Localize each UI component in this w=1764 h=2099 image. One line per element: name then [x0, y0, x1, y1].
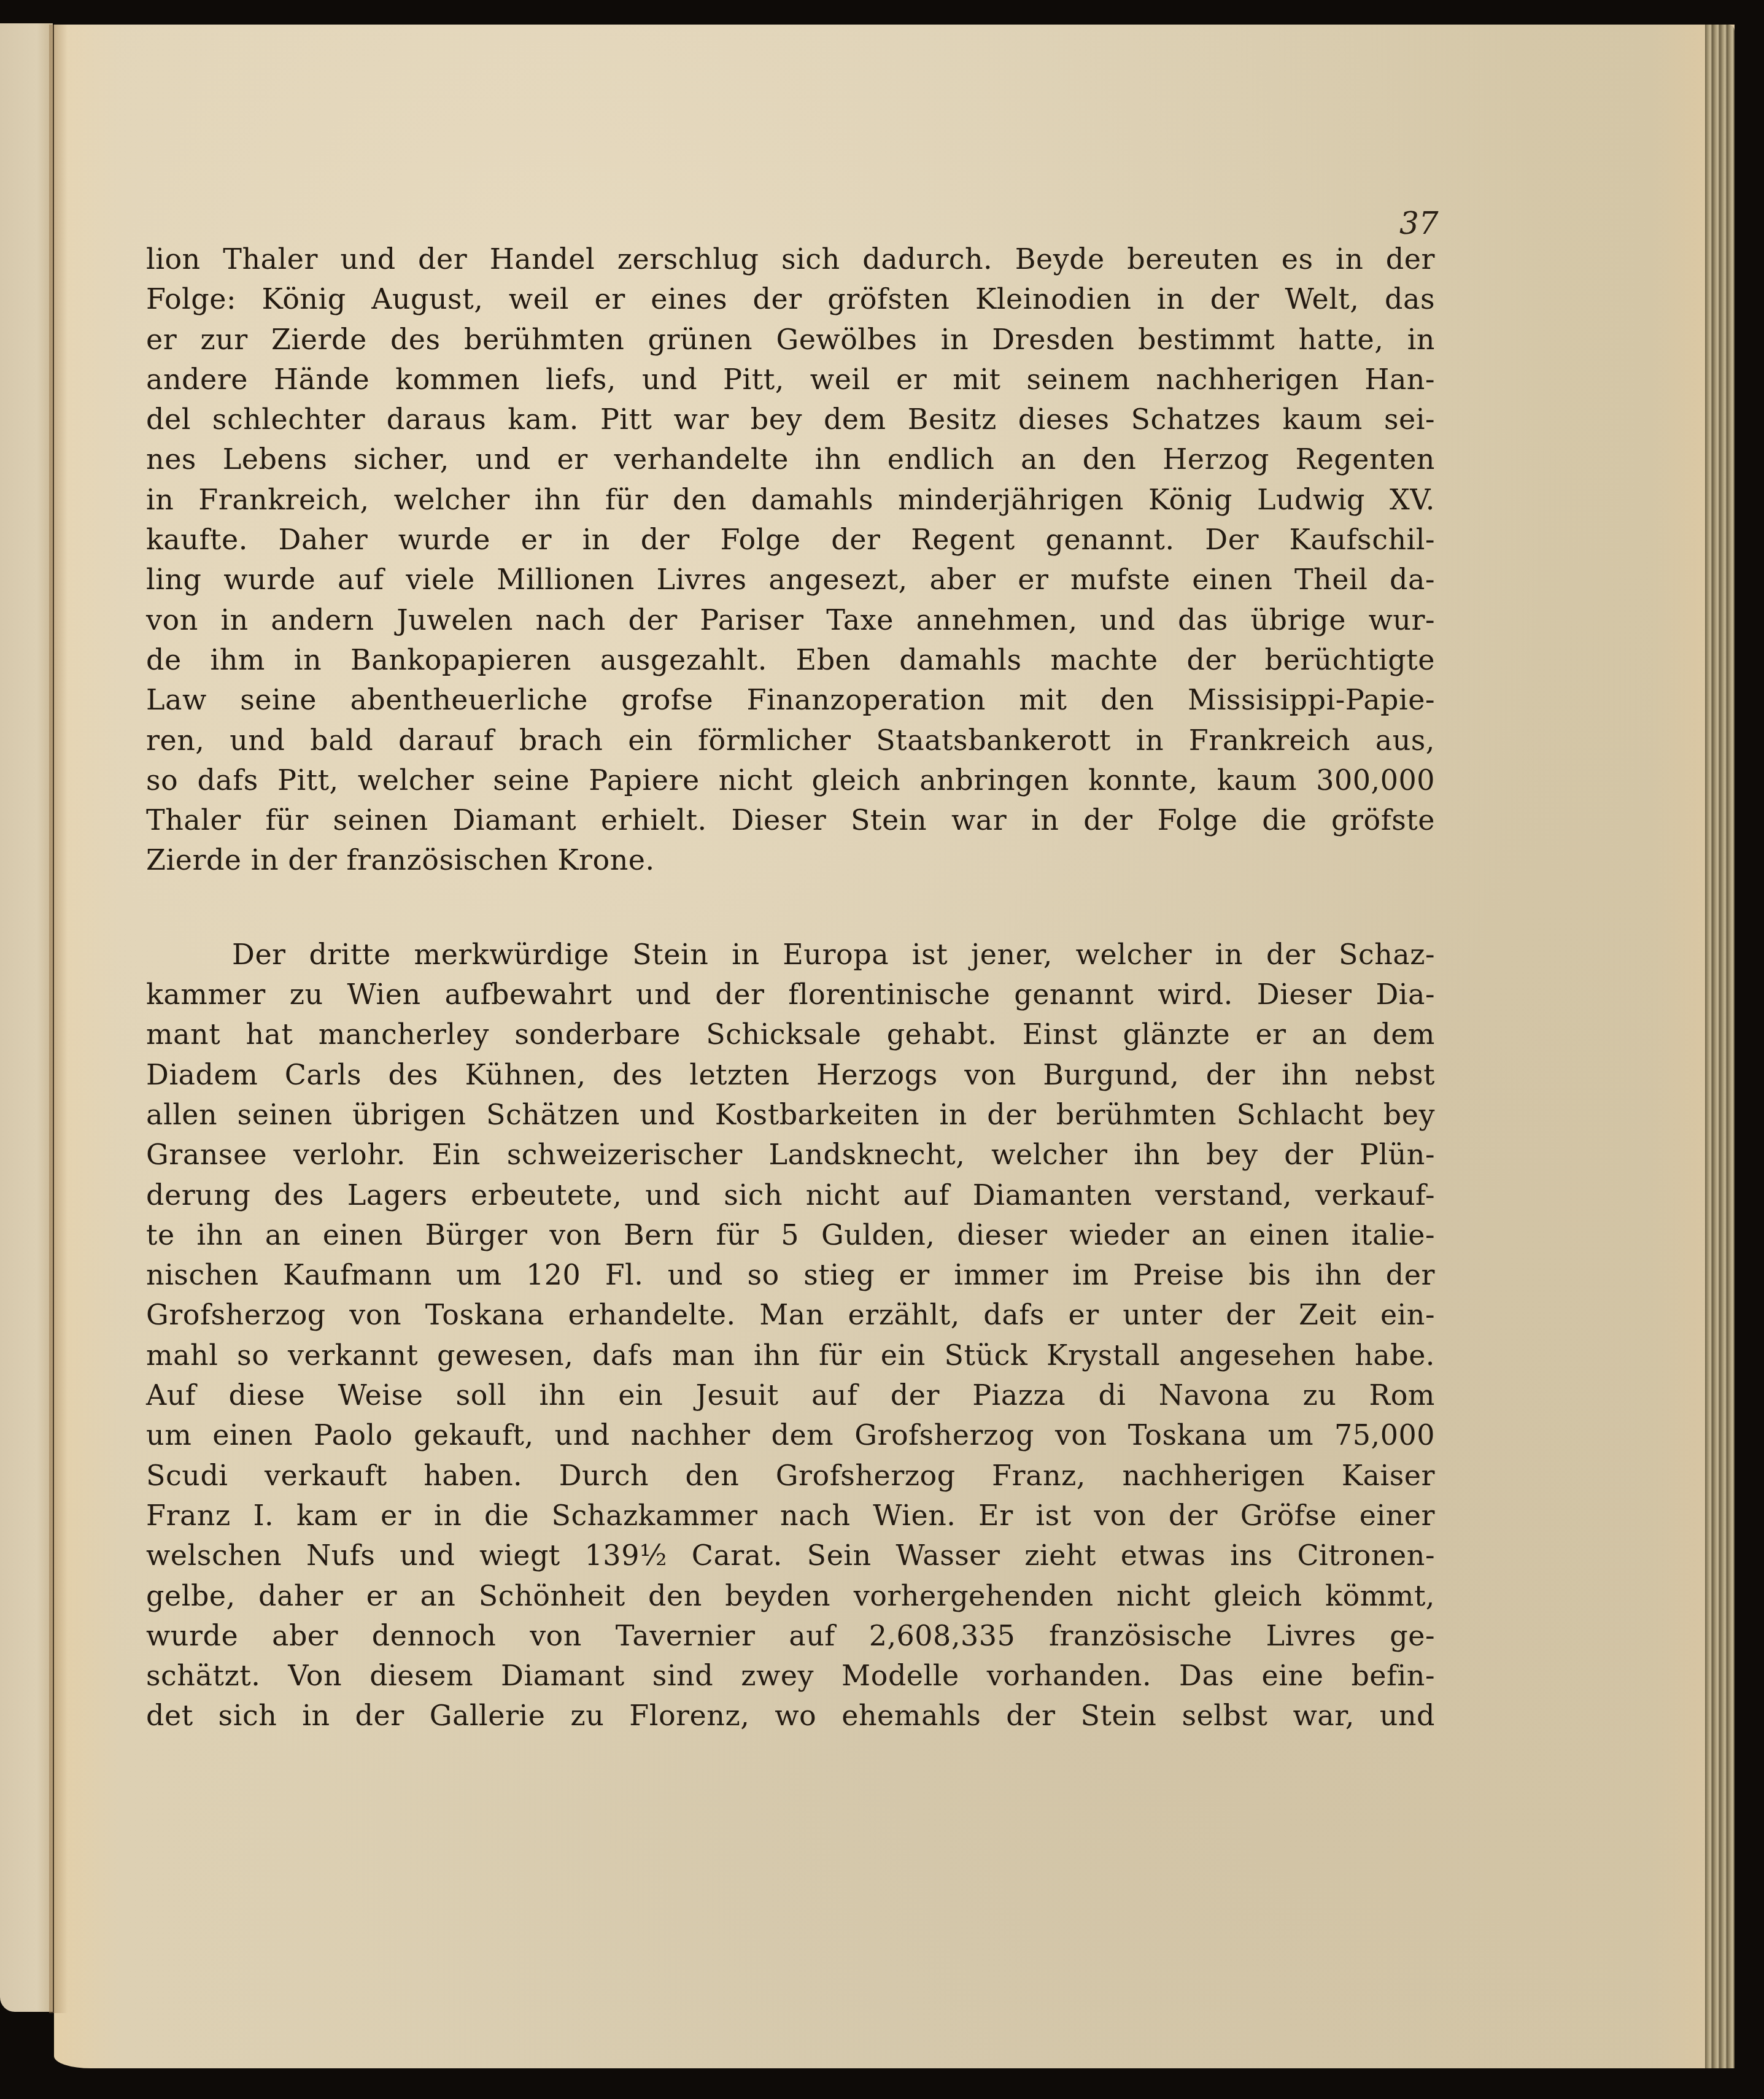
text-line: Der dritte merkwürdige Stein in Europa i…	[146, 935, 1435, 975]
text-line: andere Hände kommen liefs, und Pitt, wei…	[146, 360, 1435, 400]
text-line: Folge: König August, weil er eines der g…	[146, 279, 1435, 319]
text-line: mahl so verkannt gewesen, dafs man ihn f…	[146, 1336, 1435, 1375]
text-line: te ihn an einen Bürger von Bern für 5 Gu…	[146, 1215, 1435, 1255]
text-line: Thaler für seinen Diamant erhielt. Diese…	[146, 800, 1435, 840]
text-line: Law seine abentheuerliche grofse Finanzo…	[146, 680, 1435, 720]
page-fore-edge	[1705, 25, 1735, 2068]
text-line: Diadem Carls des Kühnen, des letzten Her…	[146, 1055, 1435, 1095]
text-line: nes Lebens sicher, und er verhandelte ih…	[146, 439, 1435, 479]
text-line: wurde aber dennoch von Tavernier auf 2,6…	[146, 1616, 1435, 1656]
text-line: von in andern Juwelen nach der Pariser T…	[146, 600, 1435, 640]
text-line: Franz I. kam er in die Schazkammer nach …	[146, 1496, 1435, 1536]
text-line: so dafs Pitt, welcher seine Papiere nich…	[146, 760, 1435, 800]
book-scan: 37 lion Thaler und der Handel zerschlug …	[0, 0, 1764, 2099]
text-line: ren, und bald darauf brach ein förmliche…	[146, 721, 1435, 760]
text-line: mant hat mancherley sonderbare Schicksal…	[146, 1015, 1435, 1054]
paragraph-2: Der dritte merkwürdige Stein in Europa i…	[146, 935, 1435, 1736]
text-line: kammer zu Wien aufbewahrt und der floren…	[146, 975, 1435, 1015]
text-line: um einen Paolo gekauft, und nachher dem …	[146, 1415, 1435, 1455]
text-line: gelbe, daher er an Schönheit den beyden …	[146, 1576, 1435, 1616]
page-number: 37	[1399, 206, 1439, 241]
text-line: er zur Zierde des berühmten grünen Gewöl…	[146, 320, 1435, 360]
text-line: schätzt. Von diesem Diamant sind zwey Mo…	[146, 1656, 1435, 1696]
text-line: derung des Lagers erbeutete, und sich ni…	[146, 1175, 1435, 1215]
text-line: welschen Nufs und wiegt 139½ Carat. Sein…	[146, 1536, 1435, 1575]
text-line: nischen Kaufmann um 120 Fl. und so stieg…	[146, 1255, 1435, 1295]
text-line: Scudi verkauft haben. Durch den Grofsher…	[146, 1456, 1435, 1496]
text-line: det sich in der Gallerie zu Florenz, wo …	[146, 1696, 1435, 1736]
paragraph-1: lion Thaler und der Handel zerschlug sic…	[146, 239, 1435, 881]
text-line: lion Thaler und der Handel zerschlug sic…	[146, 239, 1435, 279]
text-line: allen seinen übrigen Schätzen und Kostba…	[146, 1095, 1435, 1135]
text-line: Zierde in der französischen Krone.	[146, 840, 1435, 880]
paragraph-break	[146, 881, 1435, 935]
text-line: Auf diese Weise soll ihn ein Jesuit auf …	[146, 1375, 1435, 1415]
text-line: ling wurde auf viele Millionen Livres an…	[146, 560, 1435, 600]
body-text: lion Thaler und der Handel zerschlug sic…	[146, 239, 1435, 1736]
text-line: del schlechter daraus kam. Pitt war bey …	[146, 400, 1435, 439]
text-line: kaufte. Daher wurde er in der Folge der …	[146, 520, 1435, 560]
text-line: Grofsherzog von Toskana erhandelte. Man …	[146, 1295, 1435, 1335]
text-line: in Frankreich, welcher ihn für den damah…	[146, 480, 1435, 520]
facing-page-edge	[0, 23, 53, 2012]
text-line: Gransee verlohr. Ein schweizerischer Lan…	[146, 1135, 1435, 1175]
gutter-shadow	[49, 25, 68, 2013]
text-line: de ihm in Bankopapieren ausgezahlt. Eben…	[146, 640, 1435, 680]
